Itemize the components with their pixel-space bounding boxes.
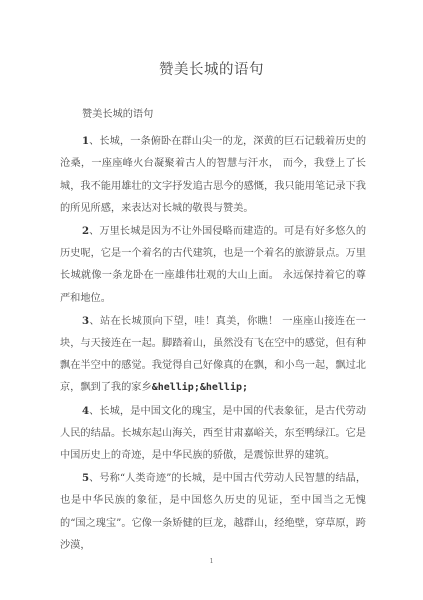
paragraph-3: 3、站在长城顶向下望，哇！真美，你瞧！ 一座座山接连在一块，与天接连在一起。脚踏… [60, 310, 366, 400]
paragraph-separator: 、 [89, 136, 99, 147]
paragraph-separator: 、 [89, 406, 99, 417]
paragraph-separator: 、 [89, 473, 99, 484]
paragraph-separator: 、 [89, 316, 100, 327]
html-entity-text: &hellip;&hellip; [152, 382, 248, 393]
paragraph-4: 4、长城，是中国文化的瑰宝，是中国的代表象征，是古代劳动人民的结晶。长城东起山海… [60, 400, 366, 468]
paragraph-2: 2、万里长城是因为不让外国侵略而建造的。可是有好多悠久的历史呢，它是一个着名的古… [60, 220, 366, 310]
document-title: 赞美长城的语句 [0, 58, 423, 79]
paragraph-separator: 、 [89, 226, 99, 237]
paragraph-text: 长城，是中国文化的瑰宝，是中国的代表象征，是古代劳动人民的结晶。长城东起山海关，… [60, 406, 366, 461]
document-body: 赞美长城的语句 1、长城，一条俯卧在群山尖一的龙，深黄的巨石记载着历史的沧桑，一… [60, 104, 366, 557]
paragraph-text: 号称“人类奇迹”的长城，是中国古代劳动人民智慧的结晶，也是中华民族的象征，是中国… [60, 473, 366, 551]
paragraph-text: 万里长城是因为不让外国侵略而建造的。可是有好多悠久的历史呢，它是一个着名的古代建… [60, 226, 366, 304]
paragraph-1: 1、长城，一条俯卧在群山尖一的龙，深黄的巨石记载着历史的沧桑，一座座峰火台凝聚着… [60, 130, 366, 220]
document-page: 赞美长城的语句 赞美长城的语句 1、长城，一条俯卧在群山尖一的龙，深黄的巨石记载… [0, 0, 423, 600]
paragraph-text: 长城，一条俯卧在群山尖一的龙，深黄的巨石记载着历史的沧桑，一座座峰火台凝聚着古人… [60, 136, 366, 214]
document-subtitle: 赞美长城的语句 [60, 104, 366, 126]
page-number: 1 [0, 558, 423, 565]
paragraph-5: 5、号称“人类奇迹”的长城，是中国古代劳动人民智慧的结晶，也是中华民族的象征，是… [60, 467, 366, 557]
